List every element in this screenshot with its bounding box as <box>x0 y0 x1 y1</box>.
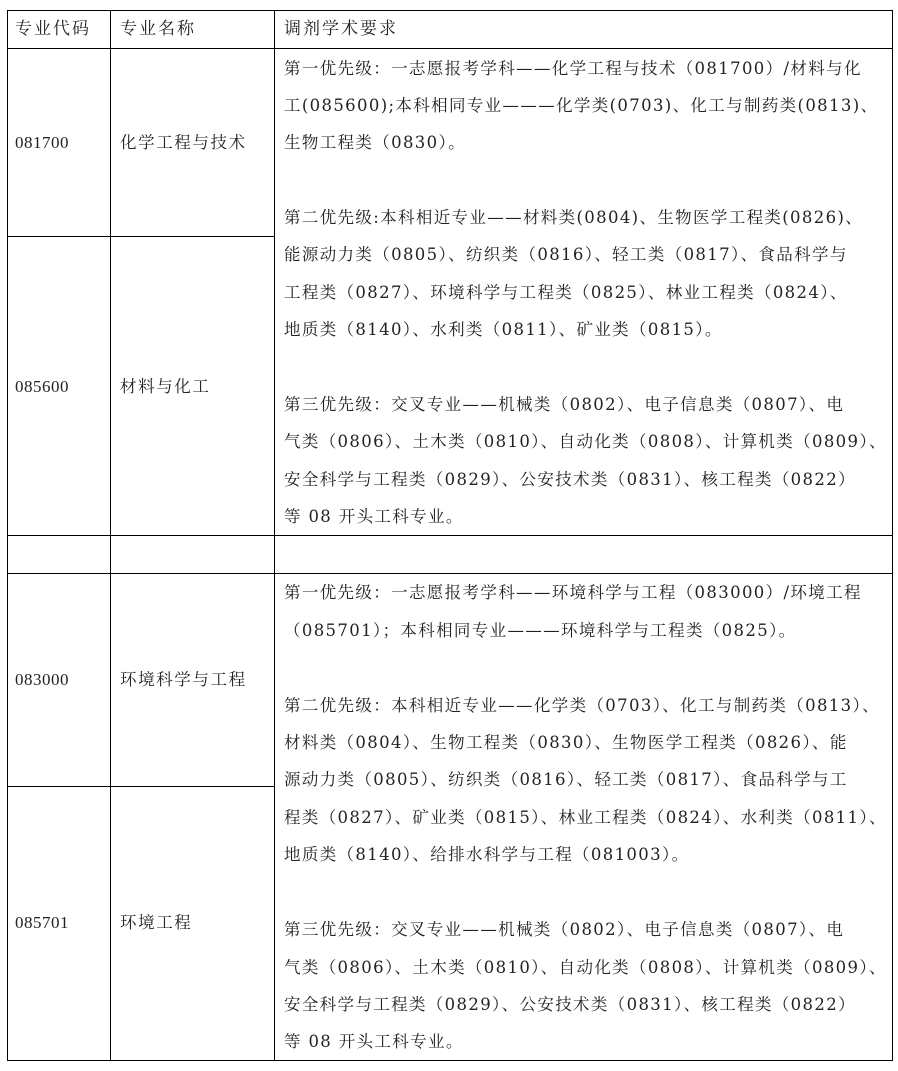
table-border-top <box>7 10 893 11</box>
requirement-line: 第三优先级：交叉专业——机械类（0802）、电子信息类（0807）、电 <box>284 920 884 940</box>
requirement-line: 安全科学与工程类（0829）、公安技术类（0831）、核工程类（0822） <box>284 995 884 1015</box>
major-name: 环境工程 <box>120 913 192 933</box>
requirement-line: 材料类（0804）、生物工程类（0830）、生物医学工程类（0826）、能 <box>284 733 884 753</box>
requirement-line: 气类（0806）、土木类（0810）、自动化类（0808）、计算机类（0809）… <box>284 958 884 978</box>
requirement-line: 第一优先级：一志愿报考学科——化学工程与技术（081700）/材料与化 <box>284 59 884 79</box>
requirement-line: （085701）；本科相同专业———环境科学与工程类（0825）。 <box>284 621 884 641</box>
requirement-line: 能源动力类（0805）、纺织类（0816）、轻工类（0817）、食品科学与 <box>284 245 884 265</box>
header-requirements: 调剂学术要求 <box>284 19 398 39</box>
major-name: 材料与化工 <box>120 377 211 397</box>
group1-split-border <box>7 236 275 237</box>
requirement-line: 第二优先级：本科相近专业——化学类（0703）、化工与制药类（0813）、 <box>284 696 884 716</box>
major-code: 085701 <box>15 913 69 933</box>
major-name: 环境科学与工程 <box>120 670 247 690</box>
requirement-line: 生物工程类（0830）。 <box>284 133 884 153</box>
requirement-line: 安全科学与工程类（0829）、公安技术类（0831）、核工程类（0822） <box>284 470 884 490</box>
requirement-line: 第二优先级:本科相近专业——材料类(0804)、生物医学工程类(0826)、 <box>284 208 884 228</box>
major-code: 085600 <box>15 377 69 397</box>
empty-row <box>8 536 892 573</box>
requirement-line: 等 08 开头工科专业。 <box>284 1032 884 1052</box>
requirement-line: 气类（0806）、土木类（0810）、自动化类（0808）、计算机类（0809）… <box>284 432 884 452</box>
major-code: 081700 <box>15 133 69 153</box>
requirement-line: 工(085600);本科相同专业———化学类(0703)、化工与制药类(0813… <box>284 96 884 116</box>
requirement-line: 程类（0827）、矿业类（0815）、林业工程类（0824）、水利类（0811）… <box>284 808 884 828</box>
major-name: 化学工程与技术 <box>120 133 247 153</box>
requirement-line: 地质类（8140）、水利类（0811）、矿业类（0815）。 <box>284 320 884 340</box>
requirement-line: 地质类（8140）、给排水科学与工程（081003）。 <box>284 845 884 865</box>
requirement-line: 工程类（0827）、环境科学与工程类（0825）、林业工程类（0824）、 <box>284 283 884 303</box>
group2-split-border <box>7 786 275 787</box>
requirement-line: 源动力类（0805）、纺织类（0816）、轻工类（0817）、食品科学与工 <box>284 770 884 790</box>
header-major-name: 专业名称 <box>120 19 196 39</box>
requirement-line: 第一优先级：一志愿报考学科——环境科学与工程（083000）/环境工程 <box>284 583 884 603</box>
header-major-code: 专业代码 <box>15 19 91 39</box>
table-border-bottom <box>7 1060 893 1061</box>
empty-row-bottom-border <box>7 573 893 574</box>
table-border-right <box>892 10 893 1061</box>
requirement-line: 第三优先级：交叉专业——机械类（0802）、电子信息类（0807）、电 <box>284 395 884 415</box>
header-row-border <box>7 48 893 49</box>
major-code: 083000 <box>15 670 69 690</box>
requirement-line: 等 08 开头工科专业。 <box>284 507 884 527</box>
